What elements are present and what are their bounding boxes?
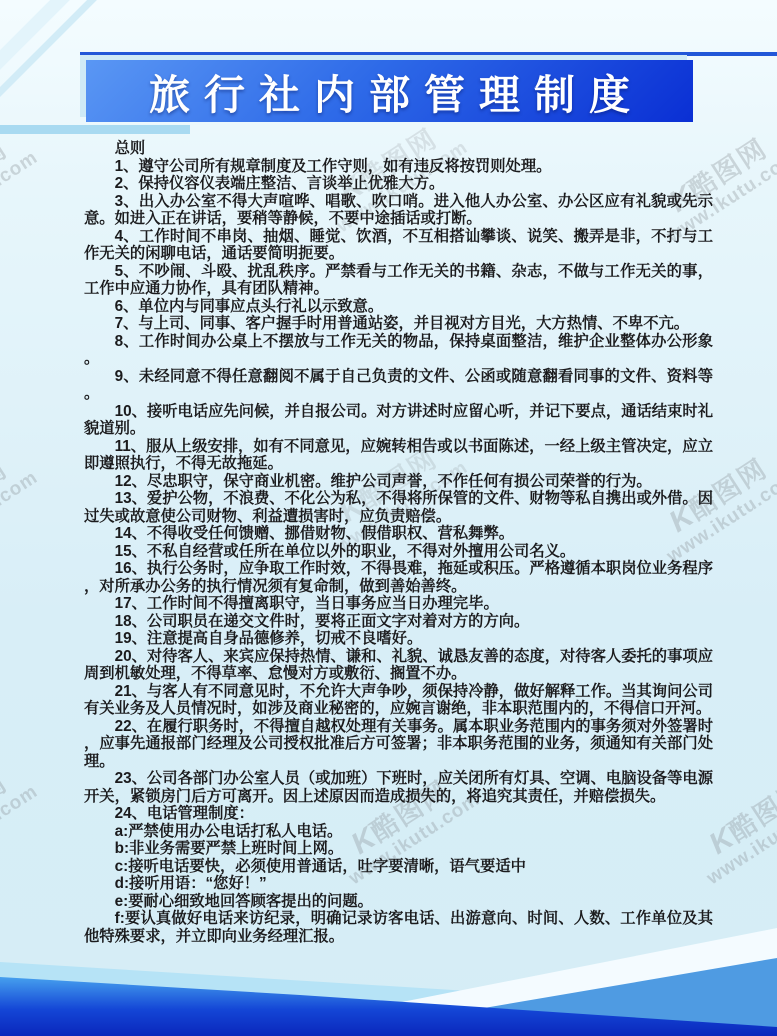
rule-item: 8、工作时间办公桌上不摆放与工作无关的物品，保持桌面整洁，维护企业整体办公形象。 [84, 333, 713, 368]
rule-item: 20、对待客人、来宾应保持热情、谦和、礼貌、诚恳友善的态度，对待客人委托的事项应… [84, 648, 713, 683]
rule-item: 21、与客人有不同意见时，不允许大声争吵，须保持冷静，做好解释工作。当其询问公司… [84, 683, 713, 718]
watermark-url: www.ikutu.com [0, 147, 41, 246]
rule-item: c:接听电话要快，必须使用普通话，吐字要清晰，语气要适中 [84, 858, 713, 876]
rule-item: 12、尽忠职守，保守商业机密。维护公司声誉，不作任何有损公司荣誉的行为。 [84, 473, 713, 491]
rule-item: 19、注意提高自身品德修养，切戒不良嗜好。 [84, 630, 713, 648]
watermark-url: www.ikutu.com [0, 781, 41, 880]
rule-item: d:接听用语：“您好！” [84, 875, 713, 893]
rule-item: 9、未经同意不得任意翻阅不属于自己负责的文件、公函或随意翻看同事的文件、资料等。 [84, 368, 713, 403]
banner-accent-bar [0, 125, 190, 134]
header-rule-line [80, 52, 777, 56]
rule-item: e:要耐心细致地回答顾客提出的问题。 [84, 893, 713, 911]
rule-item: a:严禁使用办公电话打私人电话。 [84, 823, 713, 841]
rule-item: 16、执行公务时，应争取工作时效，不得畏难，拖延或积压。严格遵循本职岗位业务程序… [84, 560, 713, 595]
rule-item: 15、不私自经营或任所在单位以外的职业，不得对外擅用公司名义。 [84, 543, 713, 561]
title-banner: 旅行社内部管理制度 [86, 60, 693, 122]
watermark-url: www.ikutu.com [703, 789, 777, 888]
section-heading: 总则 [84, 140, 713, 158]
watermark-logo-text: 酷图网 [0, 767, 13, 840]
rule-item: 13、爱护公物，不浪费、不化公为私，不得将所保管的文件、财物等私自携出或外借。因… [84, 490, 713, 525]
rule-item: 23、公司各部门办公室人员（或加班）下班时，应关闭所有灯具、空调、电脑设备等电源… [84, 770, 713, 805]
rule-item: b:非业务需要严禁上班时间上网。 [84, 840, 713, 858]
watermark-url: www.ikutu.com [0, 467, 41, 566]
rule-item: 11、服从上级安排，如有不同意见，应婉转相告或以书面陈述，一经上级主管决定，应立… [84, 438, 713, 473]
rule-item: 14、不得收受任何馈赠、挪借财物、假借职权、营私舞弊。 [84, 525, 713, 543]
rule-item: 10、接听电话应先问候，并自报公司。对方讲述时应留心听，并记下要点，通话结束时礼… [84, 403, 713, 438]
rule-item: 22、在履行职务时，不得擅自越权处理有关事务。属本职业务范围内的事务须对外签署时… [84, 718, 713, 771]
rule-item: 17、工作时间不得擅离职守，当日事务应当日办理完毕。 [84, 595, 713, 613]
watermark: K酷图网www.ikutu.com [0, 121, 41, 247]
watermark: K酷图网www.ikutu.com [0, 755, 41, 881]
rule-item: 24、电话管理制度： [84, 805, 713, 823]
rule-item: 4、工作时间不串岗、抽烟、睡觉、饮酒，不互相搭讪攀谈、说笑、搬弄是非，不打与工作… [84, 228, 713, 263]
watermark-logo-text: 酷图网 [723, 775, 777, 848]
rule-item: 18、公司职员在递交文件时，要将正面文字对着对方的方向。 [84, 613, 713, 631]
rule-item: 7、与上司、同事、客户握手时用普通站姿，并目视对方目光，大方热情、不卑不亢。 [84, 315, 713, 333]
bottom-decoration [0, 916, 777, 1036]
watermark-logo-text: 酷图网 [0, 453, 13, 526]
rule-item: 2、保持仪容仪表端庄整洁、言谈举止优雅大方。 [84, 175, 713, 193]
poster-page: 旅行社内部管理制度 K酷图网www.ikutu.com K酷图网www.ikut… [0, 0, 777, 1036]
page-title: 旅行社内部管理制度 [135, 62, 644, 121]
watermark-logo-text: 酷图网 [0, 133, 13, 206]
rules-text-block: 总则 1、遵守公司所有规章制度及工作守则，如有违反将按罚则处理。2、保持仪容仪表… [84, 140, 713, 945]
rule-item: 1、遵守公司所有规章制度及工作守则，如有违反将按罚则处理。 [84, 158, 713, 176]
rule-item: 5、不吵闹、斗殴、扰乱秩序。严禁看与工作无关的书籍、杂志，不做与工作无关的事，工… [84, 263, 713, 298]
rule-item: 3、出入办公室不得大声喧哗、唱歌、吹口哨。进入他人办公室、办公区应有礼貌或先示意… [84, 193, 713, 228]
watermark: K酷图网www.ikutu.com [0, 441, 41, 567]
rule-item: 6、单位内与同事应点头行礼以示致意。 [84, 298, 713, 316]
